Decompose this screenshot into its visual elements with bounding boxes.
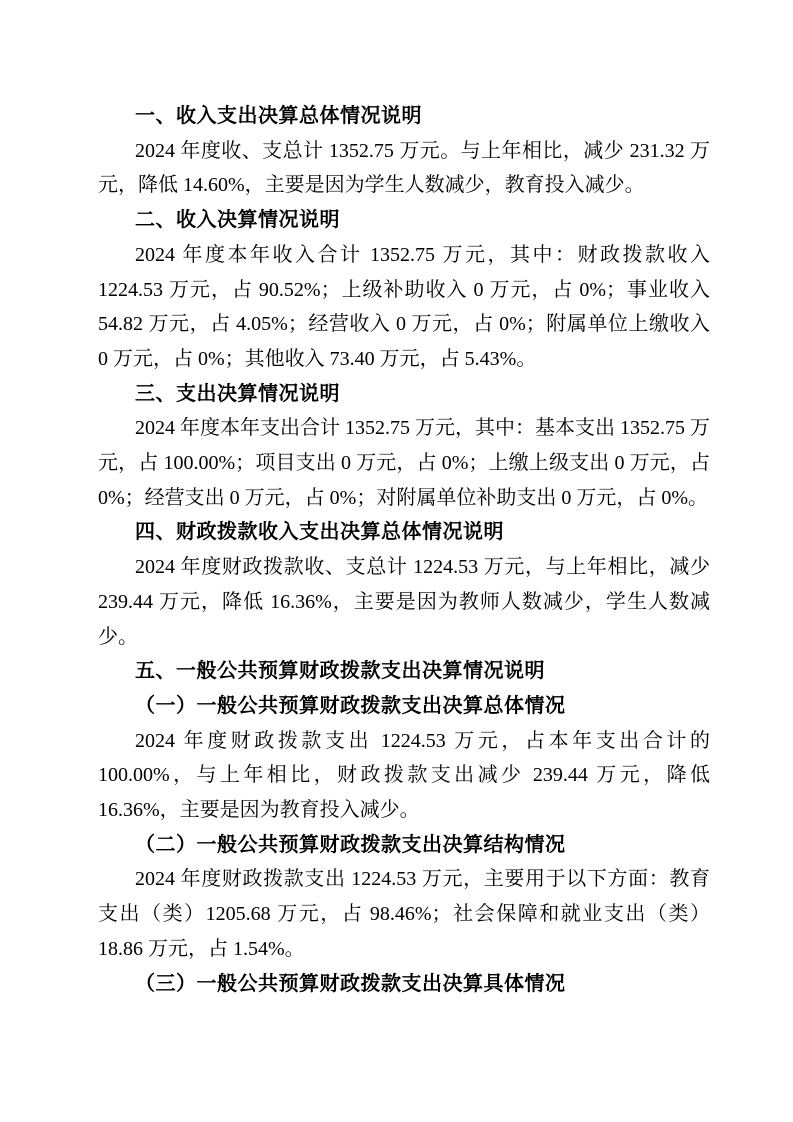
section-heading-4: 四、财政拨款收入支出决算总体情况说明	[98, 515, 710, 550]
body-paragraph-2: 2024 年度本年收入合计 1352.75 万元，其中：财政拨款收入 1224.…	[98, 238, 710, 377]
body-paragraph-5: 2024 年度财政拨款支出 1224.53 万元，占本年支出合计的 100.00…	[98, 724, 710, 828]
body-paragraph-1: 2024 年度收、支总计 1352.75 万元。与上年相比，减少 231.32 …	[98, 134, 710, 203]
section-heading-8: （三）一般公共预算财政拨款支出决算具体情况	[98, 967, 710, 1002]
section-heading-7: （二）一般公共预算财政拨款支出决算结构情况	[98, 828, 710, 863]
body-paragraph-6: 2024 年度财政拨款支出 1224.53 万元，主要用于以下方面：教育支出（类…	[98, 862, 710, 966]
section-heading-2: 二、收入决算情况说明	[98, 203, 710, 238]
section-heading-6: （一）一般公共预算财政拨款支出决算总体情况	[98, 689, 710, 724]
document-page: 一、收入支出决算总体情况说明2024 年度收、支总计 1352.75 万元。与上…	[0, 0, 793, 1122]
section-heading-5: 五、一般公共预算财政拨款支出决算情况说明	[98, 654, 710, 689]
section-heading-1: 一、收入支出决算总体情况说明	[98, 99, 710, 134]
body-paragraph-4: 2024 年度财政拨款收、支总计 1224.53 万元，与上年相比，减少 239…	[98, 550, 710, 654]
section-heading-3: 三、支出决算情况说明	[98, 377, 710, 412]
body-paragraph-3: 2024 年度本年支出合计 1352.75 万元，其中：基本支出 1352.75…	[98, 411, 710, 515]
